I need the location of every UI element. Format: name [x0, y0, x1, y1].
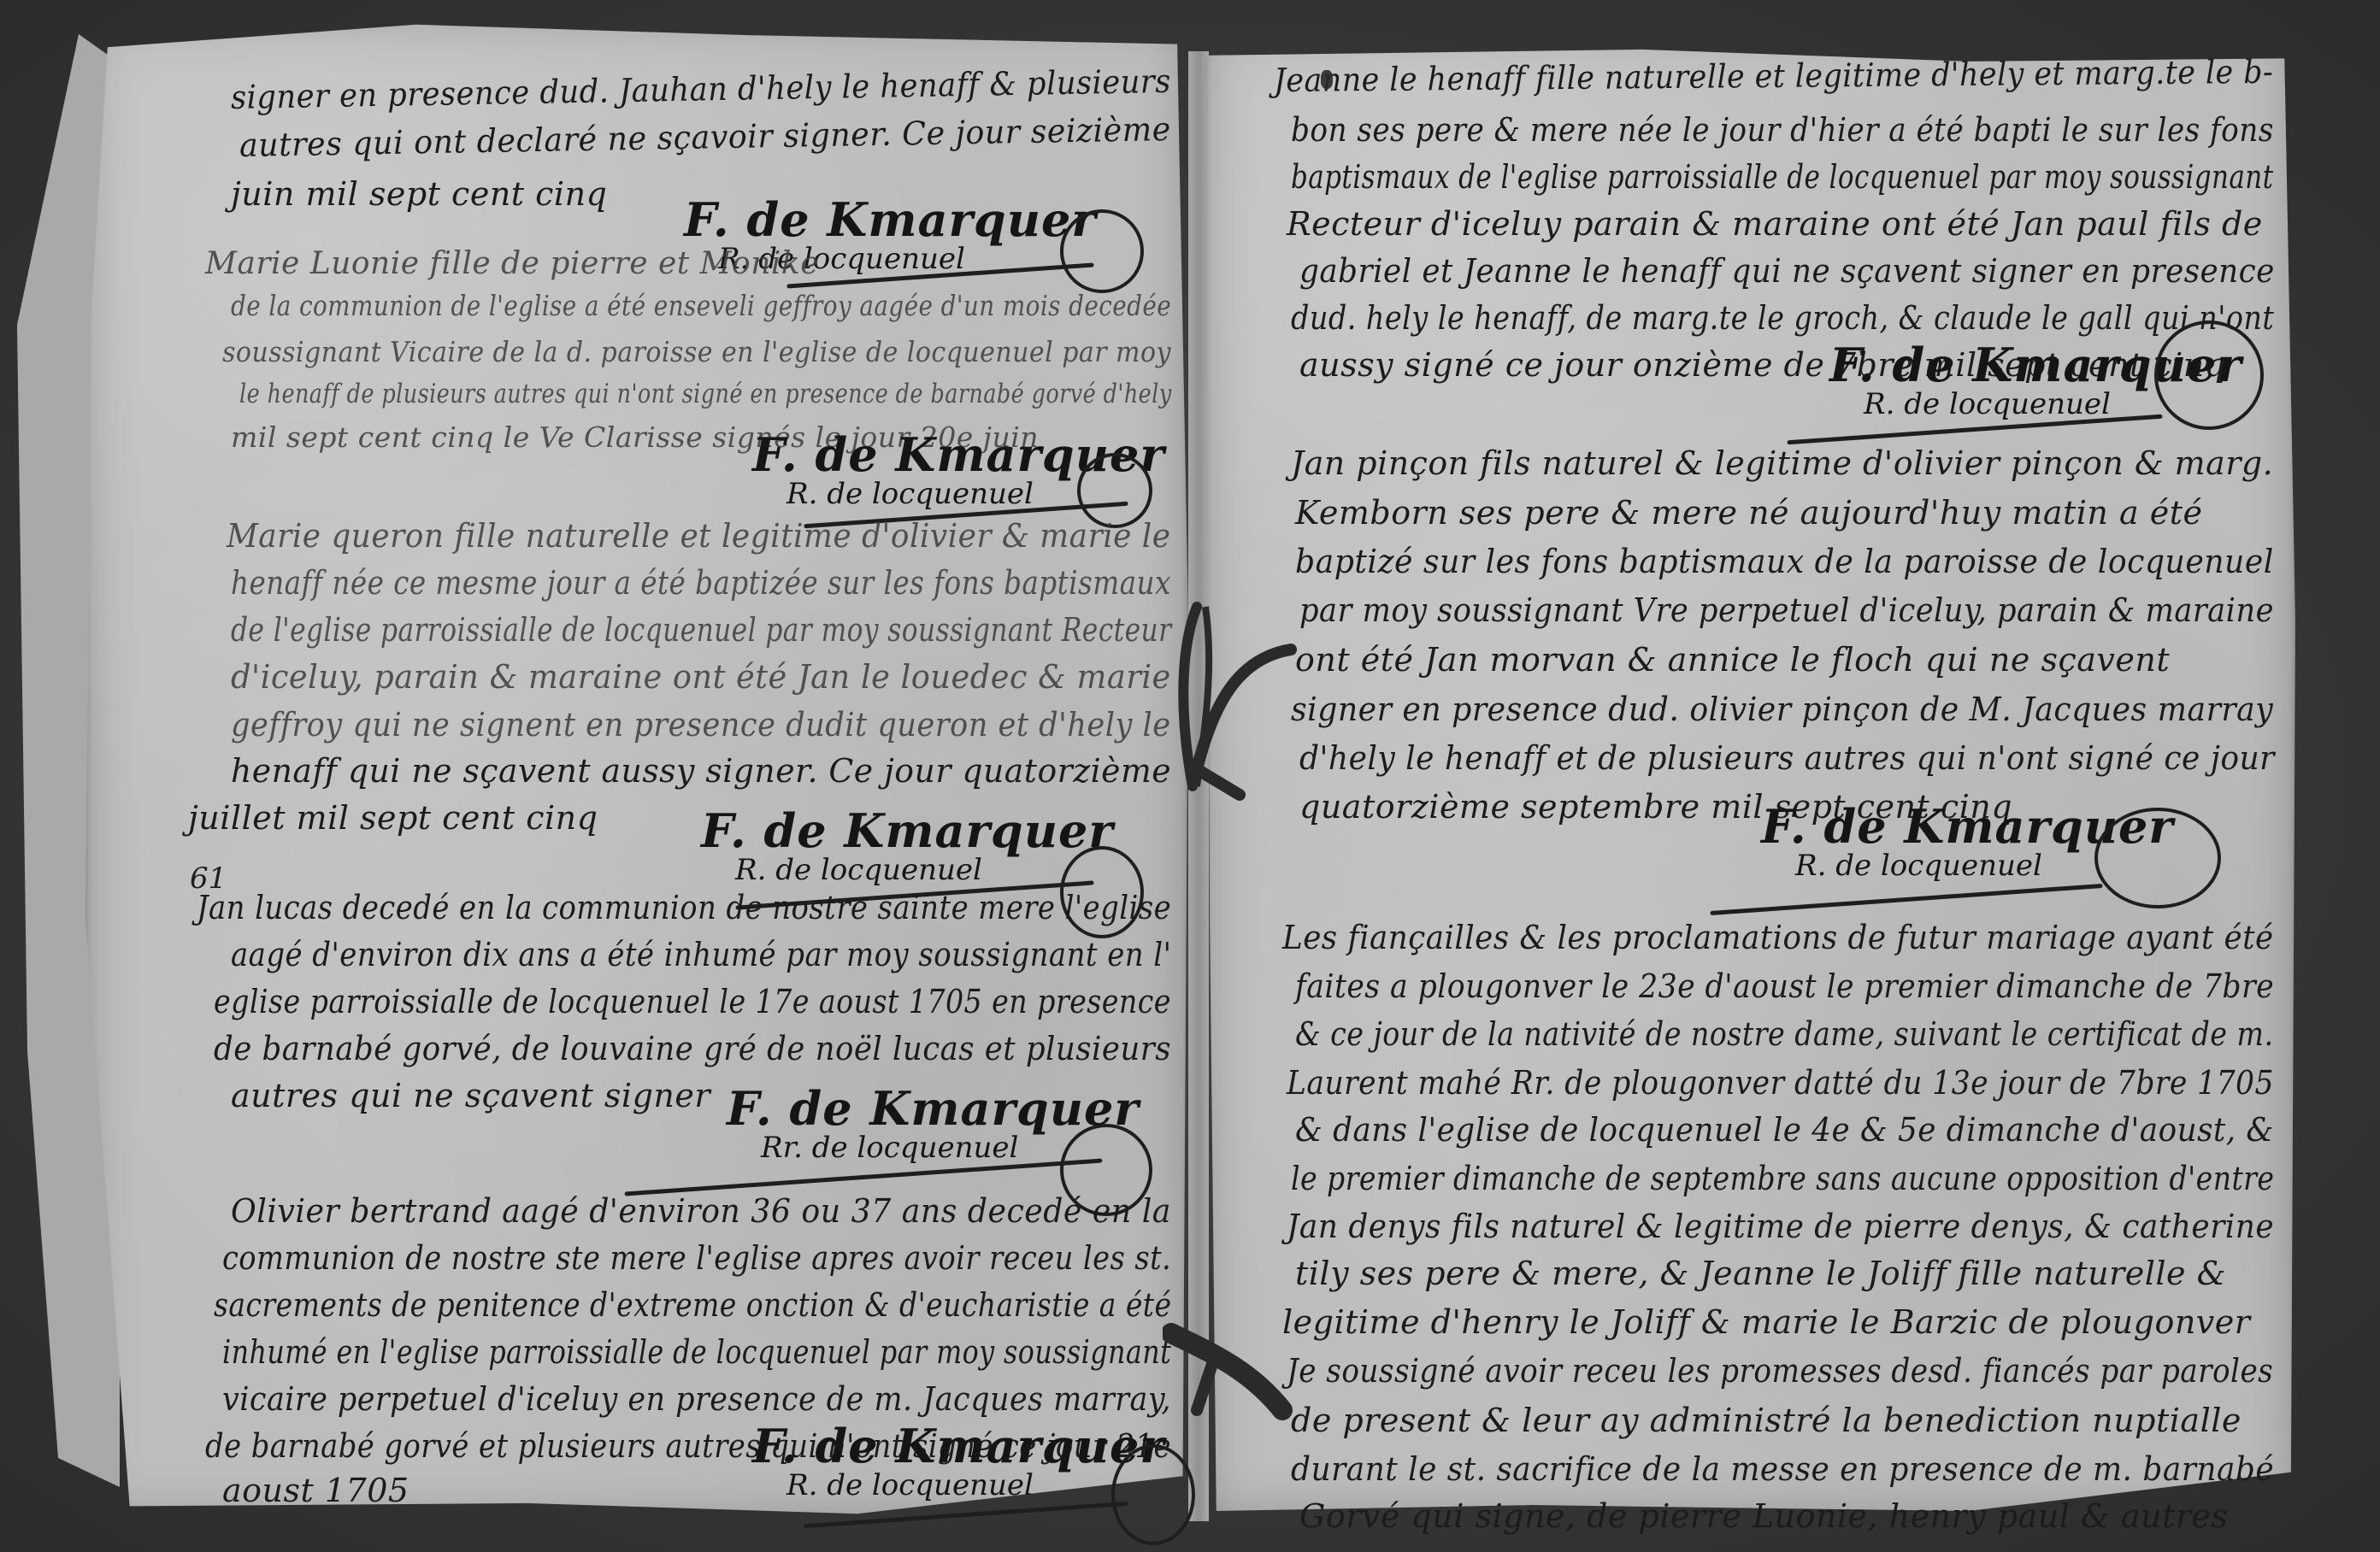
text-line: vicaire perpetuel d'iceluy en presence d…: [222, 1380, 1171, 1418]
text-line: Les fiançailles & les proclamations de f…: [1282, 919, 2274, 956]
priest-signature: F. de Kmarquer Rr. de locquenuel: [727, 1081, 1140, 1165]
text-line: Jan lucas decedé en la communion de nost…: [197, 889, 1171, 926]
text-line: Recteur d'iceluy parain & maraine ont ét…: [1287, 205, 2263, 243]
text-line: Jan pinçon fils naturel & legitime d'oli…: [1291, 444, 2273, 482]
priest-signature: F. de Kmarquer R. de locquenuel: [752, 427, 1165, 511]
text-line: d'iceluy, parain & maraine ont été Jan l…: [231, 658, 1171, 696]
text-line: juin mil sept cent cinq: [231, 175, 607, 213]
signature-name: F. de Kmarquer: [684, 192, 1097, 247]
signature-name: F. de Kmarquer: [727, 1081, 1140, 1136]
text-line: le henaff de plusieurs autres qui n'ont …: [239, 379, 1172, 409]
text-line: eglise parroissialle de locquenuel le 17…: [214, 983, 1171, 1020]
text-line: Marie Luonie fille de pierre et Monike: [205, 246, 819, 281]
text-line: Je soussigné avoir receu les promesses d…: [1287, 1352, 2273, 1390]
text-line: faites a plougonver le 23e d'aoust le pr…: [1295, 967, 2274, 1005]
text-line: de present & leur ay administré la bened…: [1291, 1402, 2242, 1439]
text-line: juillet mil sept cent cinq: [188, 799, 598, 837]
text-line: sacrements de penitence d'extreme onctio…: [214, 1286, 1171, 1324]
text-line: d'hely le henaff et de plusieurs autres …: [1299, 739, 2275, 777]
priest-signature: F. de Kmarquer R. de locquenuel: [752, 1419, 1165, 1502]
text-line: dud. hely le henaff, de marg.te le groch…: [1291, 299, 2274, 337]
signature-flourish: [1060, 209, 1144, 293]
text-line: communion de nostre ste mere l'eglise ap…: [222, 1239, 1171, 1277]
text-line: signer en presence dud. olivier pinçon d…: [1291, 691, 2273, 728]
text-line: Gorvé qui signe, de pierre Luonie, henry…: [1299, 1497, 2228, 1535]
priest-signature: F. de Kmarquer R. de locquenuel: [1761, 799, 2174, 883]
priest-signature: F. de Kmarquer R. de locquenuel: [701, 803, 1114, 887]
signature-title: R. de locquenuel: [735, 853, 1114, 887]
text-line: autres qui ne sçavent signer: [231, 1077, 710, 1114]
text-line: henaff née ce mesme jour a été baptizée …: [231, 564, 1171, 602]
text-line: inhumé en l'eglise parroissialle de locq…: [222, 1333, 1171, 1371]
text-line: baptizé sur les fons baptismaux de la pa…: [1295, 543, 2274, 580]
signature-flourish: [2094, 808, 2221, 908]
text-line: henaff qui ne sçavent aussy signer. Ce j…: [231, 752, 1171, 790]
ink-blot: [1321, 70, 1333, 89]
text-line: durant le st. sacrifice de la messe en p…: [1291, 1450, 2274, 1488]
signature-name: F. de Kmarquer: [701, 803, 1114, 858]
priest-signature: F. de Kmarquer R. de locquenuel: [1829, 338, 2242, 421]
text-line: aoust 1705: [222, 1472, 409, 1509]
text-line: Kemborn ses pere & mere né aujourd'huy m…: [1295, 494, 2202, 532]
text-line: & dans l'eglise de locquenuel le 4e & 5e…: [1295, 1111, 2274, 1149]
text-line: Olivier bertrand aagé d'environ 36 ou 37…: [231, 1192, 1171, 1230]
text-line: legitime d'henry le Joliff & marie le Ba…: [1282, 1303, 2250, 1341]
text-line: geffroy qui ne signent en presence dudit…: [231, 706, 1171, 744]
text-line: aagé d'environ dix ans a été inhumé par …: [231, 936, 1171, 973]
text-line: & ce jour de la nativité de nostre dame,…: [1295, 1015, 2273, 1053]
text-line: le premier dimanche de septembre sans au…: [1291, 1160, 2274, 1197]
text-line: ont été Jan morvan & annice le floch qui…: [1295, 641, 2170, 679]
text-line: de l'eglise parroissialle de locquenuel …: [231, 611, 1171, 649]
text-line: baptismaux de l'eglise parroissialle de …: [1291, 158, 2273, 196]
text-line: de barnabé gorvé, de louvaine gré de noë…: [214, 1030, 1171, 1067]
text-line: Jan denys fils naturel & legitime de pie…: [1287, 1208, 2274, 1245]
signature-flourish: [2154, 320, 2264, 430]
text-line: tily ses pere & mere, & Jeanne le Joliff…: [1295, 1255, 2226, 1292]
text-line: gabriel et Jeanne le henaff qui ne sçave…: [1299, 252, 2275, 290]
signature-name: F. de Kmarquer: [752, 1419, 1165, 1473]
text-line: Laurent mahé Rr. de plougonver datté du …: [1287, 1064, 2274, 1102]
text-line: Marie queron fille naturelle et legitime…: [227, 517, 1170, 555]
text-line: de la communion de l'eglise a été enseve…: [231, 289, 1171, 322]
signature-title: R. de locquenuel: [786, 1468, 1165, 1502]
signature-flourish: [1111, 1444, 1195, 1545]
text-line: par moy soussignant Vre perpetuel d'icel…: [1299, 591, 2274, 629]
text-line: bon ses pere & mere née le jour d'hier a…: [1291, 111, 2274, 149]
text-line: soussignant Vicaire de la d. paroisse en…: [222, 335, 1171, 368]
